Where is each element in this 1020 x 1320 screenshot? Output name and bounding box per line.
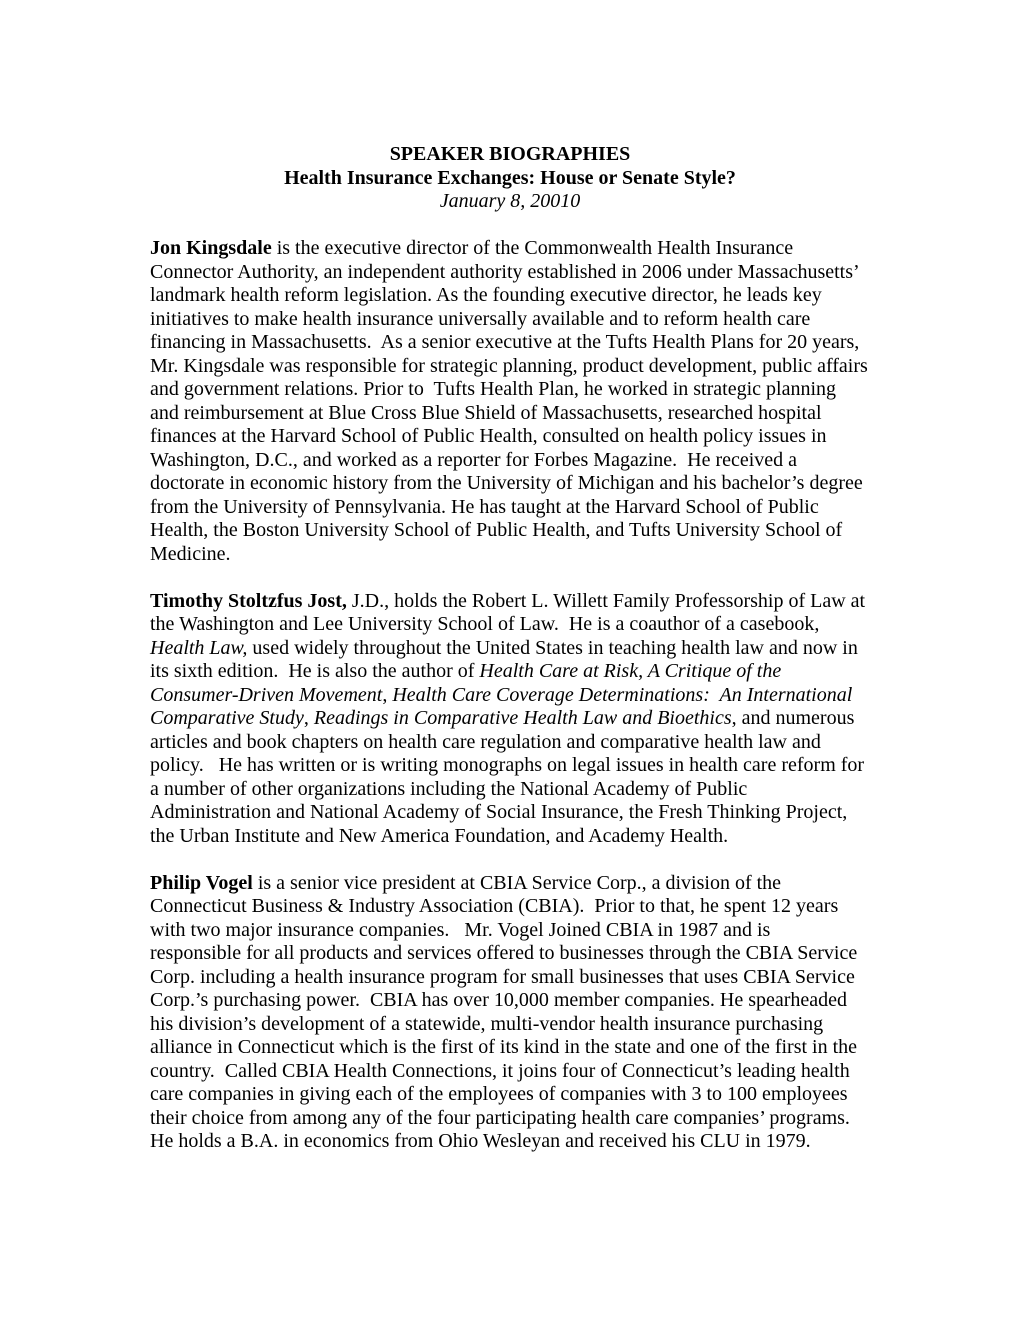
body-line: doctorate in economic history from the U… <box>150 472 870 496</box>
text-run: Corp. including a health insurance progr… <box>150 966 855 988</box>
body-line: Jon Kingsdale is the executive director … <box>150 237 870 261</box>
text-run: Connecticut Business & Industry Associat… <box>150 895 838 917</box>
text-run: Health Care Coverage Determinations: An … <box>392 684 852 706</box>
body-line: Connecticut Business & Industry Associat… <box>150 895 870 919</box>
body-line: Philip Vogel is a senior vice president … <box>150 872 870 896</box>
body-line: and government relations. Prior to Tufts… <box>150 378 870 402</box>
body-line: its sixth edition. He is also the author… <box>150 660 870 684</box>
text-run: country. Called CBIA Health Connections,… <box>150 1060 850 1082</box>
body-line: Timothy Stoltzfus Jost, J.D., holds the … <box>150 590 870 614</box>
body-line: Corp.’s purchasing power. CBIA has over … <box>150 989 870 1013</box>
text-run: landmark health reform legislation. As t… <box>150 284 822 306</box>
body-line: Medicine. <box>150 543 870 567</box>
title-line: January 8, 20010 <box>150 190 870 214</box>
text-run: the Washington and Lee University School… <box>150 613 819 635</box>
body-line: Connector Authority, an independent auth… <box>150 261 870 285</box>
text-run: policy. He has written or is writing mon… <box>150 754 864 776</box>
text-run: care companies in giving each of the emp… <box>150 1083 848 1105</box>
text-run: financing in Massachusetts. As a senior … <box>150 331 859 353</box>
text-run: Philip Vogel <box>150 872 253 894</box>
text-run: Administration and National Academy of S… <box>150 801 847 823</box>
body-line: the Washington and Lee University School… <box>150 613 870 637</box>
text-run: is a senior vice president at CBIA Servi… <box>253 872 781 894</box>
text-run: Readings in Comparative Health Law and B… <box>314 707 732 729</box>
body-line: with two major insurance companies. Mr. … <box>150 919 870 943</box>
text-run: their choice from among any of the four … <box>150 1107 850 1129</box>
text-run: Timothy Stoltzfus Jost, <box>150 590 347 612</box>
text-run: Corp.’s purchasing power. CBIA has over … <box>150 989 847 1011</box>
text-run: , and numerous <box>732 707 855 729</box>
title-line: SPEAKER BIOGRAPHIES <box>150 143 870 167</box>
text-run: Connector Authority, an independent auth… <box>150 261 860 283</box>
body-line: Washington, D.C., and worked as a report… <box>150 449 870 473</box>
text-run: Health, the Boston University School of … <box>150 519 842 541</box>
body-line: Health, the Boston University School of … <box>150 519 870 543</box>
text-run: the Urban Institute and New America Foun… <box>150 825 728 847</box>
body-line: landmark health reform legislation. As t… <box>150 284 870 308</box>
body-line: Administration and National Academy of S… <box>150 801 870 825</box>
body-line: alliance in Connecticut which is the fir… <box>150 1036 870 1060</box>
body-line: the Urban Institute and New America Foun… <box>150 825 870 849</box>
body-line: Mr. Kingsdale was responsible for strate… <box>150 355 870 379</box>
text-run: a number of other organizations includin… <box>150 778 747 800</box>
text-run: Health Insurance Exchanges: House or Sen… <box>284 167 736 189</box>
text-run: initiatives to make health insurance uni… <box>150 308 810 330</box>
text-run: his division’s development of a statewid… <box>150 1013 823 1035</box>
body-line: finances at the Harvard School of Public… <box>150 425 870 449</box>
text-run: used widely throughout the United States… <box>247 637 857 659</box>
body-line: responsible for all products and service… <box>150 942 870 966</box>
body-line: Corp. including a health insurance progr… <box>150 966 870 990</box>
body-line: He holds a B.A. in economics from Ohio W… <box>150 1130 870 1154</box>
text-run: from the University of Pennsylvania. He … <box>150 496 819 518</box>
text-run: responsible for all products and service… <box>150 942 857 964</box>
body-line: initiatives to make health insurance uni… <box>150 308 870 332</box>
document-title: SPEAKER BIOGRAPHIESHealth Insurance Exch… <box>150 143 870 214</box>
body-line: policy. He has written or is writing mon… <box>150 754 870 778</box>
body-line: a number of other organizations includin… <box>150 778 870 802</box>
text-run: January 8, 20010 <box>440 190 581 212</box>
text-run: doctorate in economic history from the U… <box>150 472 863 494</box>
text-run: Washington, D.C., and worked as a report… <box>150 449 797 471</box>
bio-paragraph: Jon Kingsdale is the executive director … <box>150 237 870 566</box>
body-line: his division’s development of a statewid… <box>150 1013 870 1037</box>
text-run: , <box>382 684 392 706</box>
text-run: alliance in Connecticut which is the fir… <box>150 1036 857 1058</box>
text-run: Comparative Study <box>150 707 304 729</box>
document-page: SPEAKER BIOGRAPHIESHealth Insurance Exch… <box>0 0 1020 1320</box>
title-line: Health Insurance Exchanges: House or Sen… <box>150 167 870 191</box>
text-run: its sixth edition. He is also the author… <box>150 660 479 682</box>
text-run: Health Care at Risk, A Critique of the <box>479 660 781 682</box>
body-line: articles and book chapters on health car… <box>150 731 870 755</box>
body-line: their choice from among any of the four … <box>150 1107 870 1131</box>
bio-paragraph: Philip Vogel is a senior vice president … <box>150 872 870 1154</box>
text-run: and government relations. Prior to Tufts… <box>150 378 836 400</box>
text-run: finances at the Harvard School of Public… <box>150 425 827 447</box>
text-run: articles and book chapters on health car… <box>150 731 821 753</box>
text-run: He holds a B.A. in economics from Ohio W… <box>150 1130 811 1152</box>
body-line: and reimbursement at Blue Cross Blue Shi… <box>150 402 870 426</box>
text-run: Mr. Kingsdale was responsible for strate… <box>150 355 868 377</box>
body-line: Health Law, used widely throughout the U… <box>150 637 870 661</box>
text-run: and reimbursement at Blue Cross Blue Shi… <box>150 402 822 424</box>
bio-paragraph: Timothy Stoltzfus Jost, J.D., holds the … <box>150 590 870 849</box>
text-run: is the executive director of the Commonw… <box>272 237 793 259</box>
body-line: financing in Massachusetts. As a senior … <box>150 331 870 355</box>
text-run: Medicine. <box>150 543 231 565</box>
body-line: Comparative Study, Readings in Comparati… <box>150 707 870 731</box>
body-line: from the University of Pennsylvania. He … <box>150 496 870 520</box>
document-body: Jon Kingsdale is the executive director … <box>150 237 870 1154</box>
text-run: SPEAKER BIOGRAPHIES <box>390 143 631 165</box>
text-run: Consumer-Driven Movement <box>150 684 382 706</box>
text-run: Jon Kingsdale <box>150 237 272 259</box>
body-line: country. Called CBIA Health Connections,… <box>150 1060 870 1084</box>
body-line: Consumer-Driven Movement, Health Care Co… <box>150 684 870 708</box>
text-run: Health Law, <box>150 637 247 659</box>
body-line: care companies in giving each of the emp… <box>150 1083 870 1107</box>
text-run: with two major insurance companies. Mr. … <box>150 919 770 941</box>
text-run: , <box>304 707 314 729</box>
text-run: J.D., holds the Robert L. Willett Family… <box>347 590 865 612</box>
